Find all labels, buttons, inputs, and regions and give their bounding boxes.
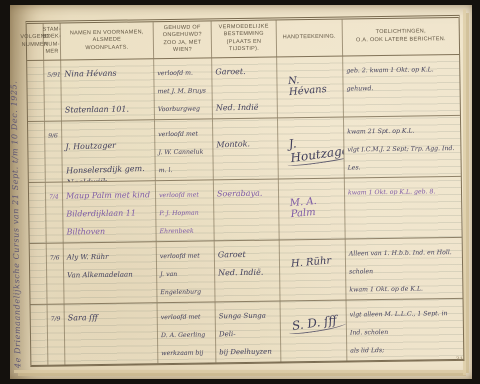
cell-handteekening: S. D. ſff <box>281 300 348 361</box>
register-table: VOLGEND NUMMER STAM- BOEK- NUM- MER NAME… <box>26 15 465 367</box>
cell-stamboeknummer: 5/91 <box>44 60 62 120</box>
cell-volgnummer <box>31 304 49 364</box>
cell-stamboeknummer: 7/4 <box>46 182 64 242</box>
cell-bestemming: Garoet. Ned. Indië <box>212 57 278 118</box>
cell-bestemming: Sunga Sunga Deli- bij Deelhuyzen <box>216 301 282 362</box>
signature: M. A. Palm <box>289 194 342 220</box>
cell-bestemming: Soerabaya. <box>214 179 280 240</box>
cell-stamboeknummer: 7/9 <box>48 304 66 364</box>
signature: J. Houtzager <box>288 128 345 164</box>
cell-handteekening: M. A. Palm <box>279 178 346 239</box>
table-header-row: VOLGEND NUMMER STAM- BOEK- NUM- MER NAME… <box>27 18 459 61</box>
cell-gehuwd: verloofd met P. J. Hopman Ehrenbeek <box>156 180 215 241</box>
table-row: 7/9 Sara ſff verloofd met D. A. Geerling… <box>31 299 464 366</box>
table-row: 7/4 Maup Palm met kind Bilderdijklaan 11… <box>29 177 462 244</box>
cell-namen: Sara ſff <box>65 303 159 364</box>
cell-toelichtingen: kwam 1 Okt. op K.L. geb. 8. <box>345 177 462 239</box>
cell-volgnummer <box>29 182 47 242</box>
header-bestemming: VERMOEDELIJKE BESTEMMING (PLAATS EN TIJD… <box>212 20 277 57</box>
margin-annotation: 4e Driemaandelijksche Cursus van 21 Sept… <box>9 28 28 368</box>
table-row: 7/6 Aly W. Rühr Van Alkemadelaan verloof… <box>30 238 463 305</box>
cell-volgnummer <box>27 60 45 120</box>
signature: S. D. ſff <box>291 313 338 333</box>
cell-volgnummer <box>30 243 48 303</box>
cell-gehuwd: verloofd m. met J. M. Bruys Voorburgweg … <box>154 58 213 119</box>
cell-volgnummer <box>28 121 46 181</box>
page-number: 31 <box>456 356 464 363</box>
cell-toelichtingen: vlgt alleen M. L.L.C., 1 Sept. in Ind. s… <box>347 299 464 361</box>
cell-namen: Maup Palm met kind Bilderdijklaan 11 Bil… <box>63 181 157 242</box>
page-content: 4e Driemaandelijksche Cursus van 21 Sept… <box>7 2 474 382</box>
cell-gehuwd: verloofd met D. A. Geerling werkzaam bij… <box>158 302 217 363</box>
cell-handteekening: J. Houtzager <box>278 117 345 178</box>
ledger-page: 4e Driemaandelijksche Cursus van 21 Sept… <box>10 5 472 379</box>
cell-gehuwd: verloofd met J. van Engelenburg Den 1916… <box>157 241 216 302</box>
cell-toelichtingen: kwam 21 Spt. op K.L. vlgt I.C.M.J. 2 Sep… <box>344 116 461 178</box>
cell-stamboeknummer: 9/6 <box>45 121 63 181</box>
header-handteekening: HANDTEEKENING. <box>277 20 343 57</box>
signature: H. Rühr <box>291 255 332 269</box>
cell-toelichtingen: Alleen van 1. H.b.b. Ind. en Holl. schol… <box>346 238 463 300</box>
table-body: 5/91 Nina Hévans Statenlaan 101. verloof… <box>27 55 463 366</box>
cell-namen: Nina Hévans Statenlaan 101. <box>61 59 155 120</box>
header-stamboeknummer: STAM- BOEK- NUM- MER <box>44 24 61 60</box>
table-row: 5/91 Nina Hévans Statenlaan 101. verloof… <box>27 55 460 122</box>
cell-namen: J. Houtzager Honselersdijk gem. Naaldwij… <box>62 120 156 181</box>
cell-bestemming: Garoet Ned. Indië. <box>215 240 281 301</box>
header-namen: NAMEN EN VOORNAMEN, ALSMEDE WOONPLAATS. <box>61 22 154 59</box>
header-gehuwd: GEHUWD OF ONGEHUWD? ZOO JA, MET WIEN? <box>154 21 212 57</box>
cell-stamboeknummer: 7/6 <box>47 243 65 303</box>
header-toelichtingen: TOELICHTINGEN, O.A. OOK LATERE BERICHTEN… <box>343 18 459 55</box>
cell-namen: Aly W. Rühr Van Alkemadelaan <box>64 242 158 303</box>
cell-handteekening: N. Hévans <box>277 56 344 117</box>
cell-toelichtingen: geb. 2. kwam 1 Okt. op K.L. gehuwd. <box>343 55 460 117</box>
signature: N. Hévans <box>288 72 341 98</box>
cell-gehuwd: verloofd met J. W. Canneluk m. l. <box>155 119 214 180</box>
cell-handteekening: H. Rühr <box>280 239 347 300</box>
cell-bestemming: Montok. <box>213 118 279 179</box>
table-row: 9/6 J. Houtzager Honselersdijk gem. Naal… <box>28 116 461 183</box>
